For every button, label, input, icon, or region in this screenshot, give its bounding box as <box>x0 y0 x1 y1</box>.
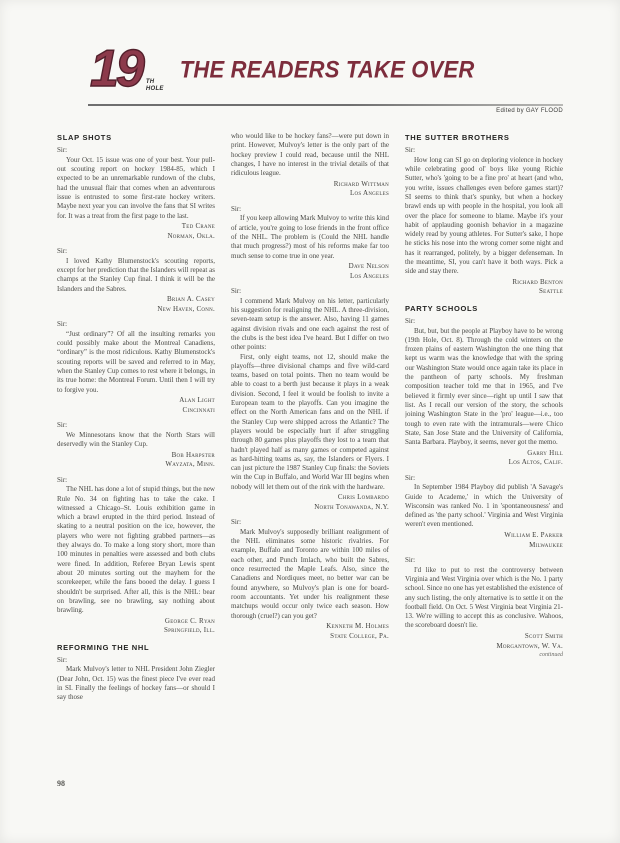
section-heading-party-schools: PARTY SCHOOLS <box>405 304 563 313</box>
letter-body: I loved Kathy Blumenstock's scouting rep… <box>57 257 215 294</box>
letter: Sir: Mark Mulvoy's letter to NHL Preside… <box>57 656 215 703</box>
letter-salutation: Sir: <box>405 556 563 565</box>
edited-by-credit: Edited by GAY FLOOD <box>363 108 563 114</box>
masthead-rule <box>88 104 563 106</box>
column-2: who would like to be hockey fans?—were p… <box>231 132 389 814</box>
letter-body: If you keep allowing Mark Mulvoy to writ… <box>231 214 389 260</box>
signature-name: Richard Wittman <box>231 180 389 189</box>
letter-salutation: Sir: <box>405 474 563 483</box>
signature-name: Scott Smith <box>405 632 563 641</box>
letter: Sir: I'd like to put to rest the controv… <box>405 556 563 660</box>
signature-location: State College, Pa. <box>231 632 389 641</box>
letter-salutation: Sir: <box>231 518 389 527</box>
logo-suffix-th-hole: TH HOLE <box>146 42 164 92</box>
letter-body: I'd like to put to rest the controversy … <box>405 566 563 631</box>
signature-location: Los Angeles <box>231 272 389 281</box>
signature-name: Bob Harpster <box>57 451 215 460</box>
signature-location: Los Altos, Calif. <box>405 458 563 467</box>
letter-body: We Minnesotans know that the North Stars… <box>57 431 215 450</box>
magazine-page: 19 TH HOLE THE READERS TAKE OVER Edited … <box>0 0 620 843</box>
signature-location: North Tonawanda, N.Y. <box>231 503 389 512</box>
letter: Sir: We Minnesotans know that the North … <box>57 421 215 469</box>
letter-salutation: Sir: <box>405 317 563 326</box>
signature-location: Milwaukee <box>405 541 563 550</box>
section-heading-sutter-brothers: THE SUTTER BROTHERS <box>405 133 563 142</box>
letter-body: Your Oct. 15 issue was one of your best.… <box>57 156 215 221</box>
letter-body: How long can SI go on deploring violence… <box>405 156 563 277</box>
signature-name: Ted Crane <box>57 222 215 231</box>
signature-name: Richard Benton <box>405 278 563 287</box>
letter: Sir: “Just ordinary”? Of all the insulti… <box>57 320 215 415</box>
signature-location: Wayzata, Minn. <box>57 460 215 469</box>
page-title: THE READERS TAKE OVER <box>180 57 475 83</box>
letter-salutation: Sir: <box>57 476 215 485</box>
letter-salutation: Sir: <box>57 146 215 155</box>
letter-body: “Just ordinary”? Of all the insulting re… <box>57 330 215 395</box>
letter-salutation: Sir: <box>57 421 215 430</box>
letter-body: But, but, but the people at Playboy have… <box>405 327 563 448</box>
letter: Sir: I commend Mark Mulvoy on his letter… <box>231 287 389 512</box>
signature-name: Garry Hill <box>405 449 563 458</box>
signature-location: Seattle <box>405 287 563 296</box>
section-heading-reforming-the-nhl: REFORMING THE NHL <box>57 643 215 652</box>
letter: Sir: The NHL has done a lot of stupid th… <box>57 476 215 636</box>
signature-location: Cincinnati <box>57 406 215 415</box>
signature-name: Dave Nelson <box>231 262 389 271</box>
signature-location: Norman, Okla. <box>57 232 215 241</box>
letter-body: I commend Mark Mulvoy on his letter, par… <box>231 297 389 353</box>
signature-location: Morgantown, W. Va. <box>405 642 563 651</box>
letter-salutation: Sir: <box>57 320 215 329</box>
signature-name: George C. Ryan <box>57 617 215 626</box>
signature-name: William E. Parker <box>405 531 563 540</box>
letter: Sir: In September 1984 Playboy did publi… <box>405 474 563 550</box>
letter: Sir: Your Oct. 15 issue was one of your … <box>57 146 215 241</box>
letter-salutation: Sir: <box>231 287 389 296</box>
letters-columns: SLAP SHOTS Sir: Your Oct. 15 issue was o… <box>57 132 563 814</box>
letter: Sir: How long can SI go on deploring vio… <box>405 146 563 297</box>
signature-name: Kenneth M. Holmes <box>231 622 389 631</box>
logo-suffix-hole: HOLE <box>146 86 164 93</box>
letter: Sir: If you keep allowing Mark Mulvoy to… <box>231 205 389 281</box>
letter-salutation: Sir: <box>231 205 389 214</box>
letter-body: The NHL has done a lot of stupid things,… <box>57 485 215 615</box>
letter: Sir: But, but, but the people at Playboy… <box>405 317 563 468</box>
letter-body: In September 1984 Playboy did publish 'A… <box>405 483 563 529</box>
signature-name: Brian A. Casey <box>57 295 215 304</box>
logo-numeral-19: 19 <box>90 42 142 96</box>
signature-location: Springfield, Ill. <box>57 626 215 635</box>
signature-location: Los Angeles <box>231 189 389 198</box>
signature-name: Chris Lombardo <box>231 493 389 502</box>
letter: Sir: Mark Mulvoy's supposedly brilliant … <box>231 518 389 641</box>
column-3: THE SUTTER BROTHERS Sir: How long can SI… <box>405 132 563 814</box>
column-1: SLAP SHOTS Sir: Your Oct. 15 issue was o… <box>57 132 215 814</box>
continued-marker: continued <box>405 651 563 660</box>
section-heading-slap-shots: SLAP SHOTS <box>57 133 215 142</box>
letter: Sir: I loved Kathy Blumenstock's scoutin… <box>57 247 215 314</box>
letter-salutation: Sir: <box>57 247 215 256</box>
letter-body-paragraph-2: First, only eight teams, not 12, should … <box>231 353 389 492</box>
page-number: 98 <box>57 779 65 788</box>
signature-name: Alan Light <box>57 396 215 405</box>
letter-salutation: Sir: <box>405 146 563 155</box>
letter-salutation: Sir: <box>57 656 215 665</box>
letter-body: Mark Mulvoy's letter to NHL President Jo… <box>57 665 215 702</box>
nineteenth-hole-masthead: 19 TH HOLE THE READERS TAKE OVER <box>90 42 563 104</box>
letter-continuation: who would like to be hockey fans?—were p… <box>231 132 389 199</box>
letter-body: Mark Mulvoy's supposedly brilliant reali… <box>231 528 389 621</box>
letter-body-continued: who would like to be hockey fans?—were p… <box>231 132 389 178</box>
signature-location: New Haven, Conn. <box>57 305 215 314</box>
